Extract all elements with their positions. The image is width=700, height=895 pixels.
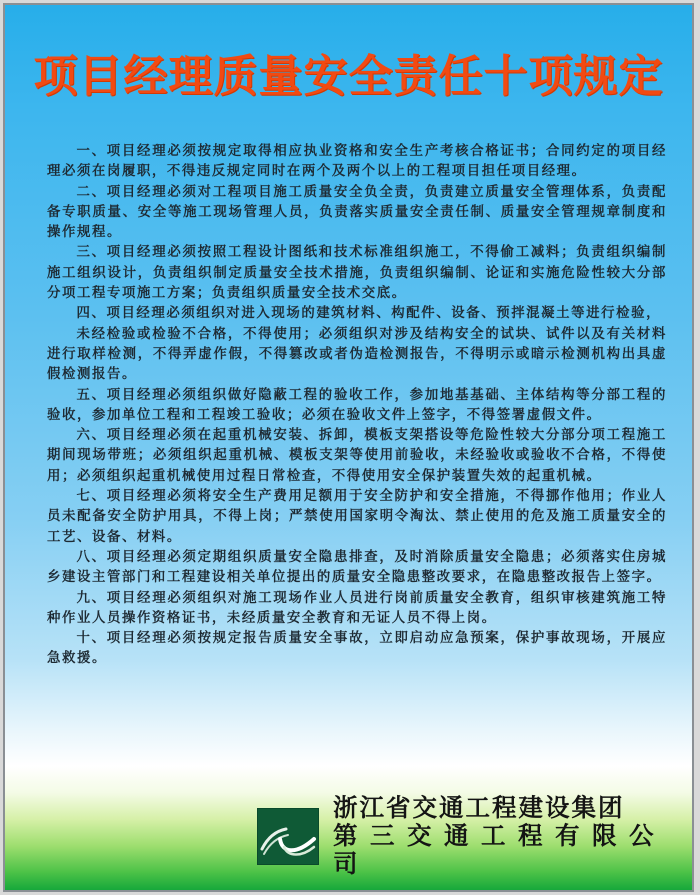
regulation-item-10: 十、项目经理必须按规定报告质量安全事故，立即启动应急预案，保护事故现场，开展应急… (47, 629, 667, 670)
company-name-line1: 浙江省交通工程建设集团 (333, 794, 692, 822)
regulation-board: 项目经理质量安全责任十项规定 一、项目经理必须按规定取得相应执业资格和安全生产考… (3, 3, 694, 892)
regulation-item-4-continued: 未经检验或检验不合格，不得使用；必须组织对涉及结构安全的试块、试件以及有关材料进… (47, 325, 667, 386)
regulation-item-3: 三、项目经理必须按照工程设计图纸和技术标准组织施工，不得偷工减料；负责组织编制施… (47, 243, 667, 304)
company-name: 浙江省交通工程建设集团 第三交通工程有限公司 (333, 794, 692, 878)
page-title: 项目经理质量安全责任十项规定 (5, 47, 692, 107)
regulation-item-9: 九、项目经理必须组织对施工现场作业人员进行岗前质量安全教育，组织审核建筑施工特种… (47, 589, 667, 630)
regulation-item-1: 一、项目经理必须按规定取得相应执业资格和安全生产考核合格证书；合同约定的项目经理… (47, 142, 667, 183)
regulation-item-7: 七、项目经理必须将安全生产费用足额用于安全防护和安全措施，不得挪作他用；作业人员… (47, 487, 667, 548)
regulation-item-6: 六、项目经理必须在起重机械安装、拆卸，模板支架搭设等危险性较大分部分项工程施工期… (47, 426, 667, 487)
company-name-line2: 第三交通工程有限公司 (333, 822, 692, 878)
regulation-item-2: 二、项目经理必须对工程项目施工质量安全负全责，负责建立质量安全管理体系，负责配备… (47, 183, 667, 244)
regulation-content: 一、项目经理必须按规定取得相应执业资格和安全生产考核合格证书；合同约定的项目经理… (47, 142, 667, 670)
regulation-item-4: 四、项目经理必须组织对进入现场的建筑材料、构配件、设备、预拌混凝土等进行检验， (47, 304, 667, 324)
regulation-item-5: 五、项目经理必须组织做好隐蔽工程的验收工作，参加地基基础、主体结构等分部工程的验… (47, 386, 667, 427)
regulation-item-8: 八、项目经理必须定期组织质量安全隐患排查，及时消除质量安全隐患；必须落实住房城乡… (47, 548, 667, 589)
company-logo-icon (257, 808, 319, 865)
company-footer: 浙江省交通工程建设集团 第三交通工程有限公司 (257, 806, 692, 866)
